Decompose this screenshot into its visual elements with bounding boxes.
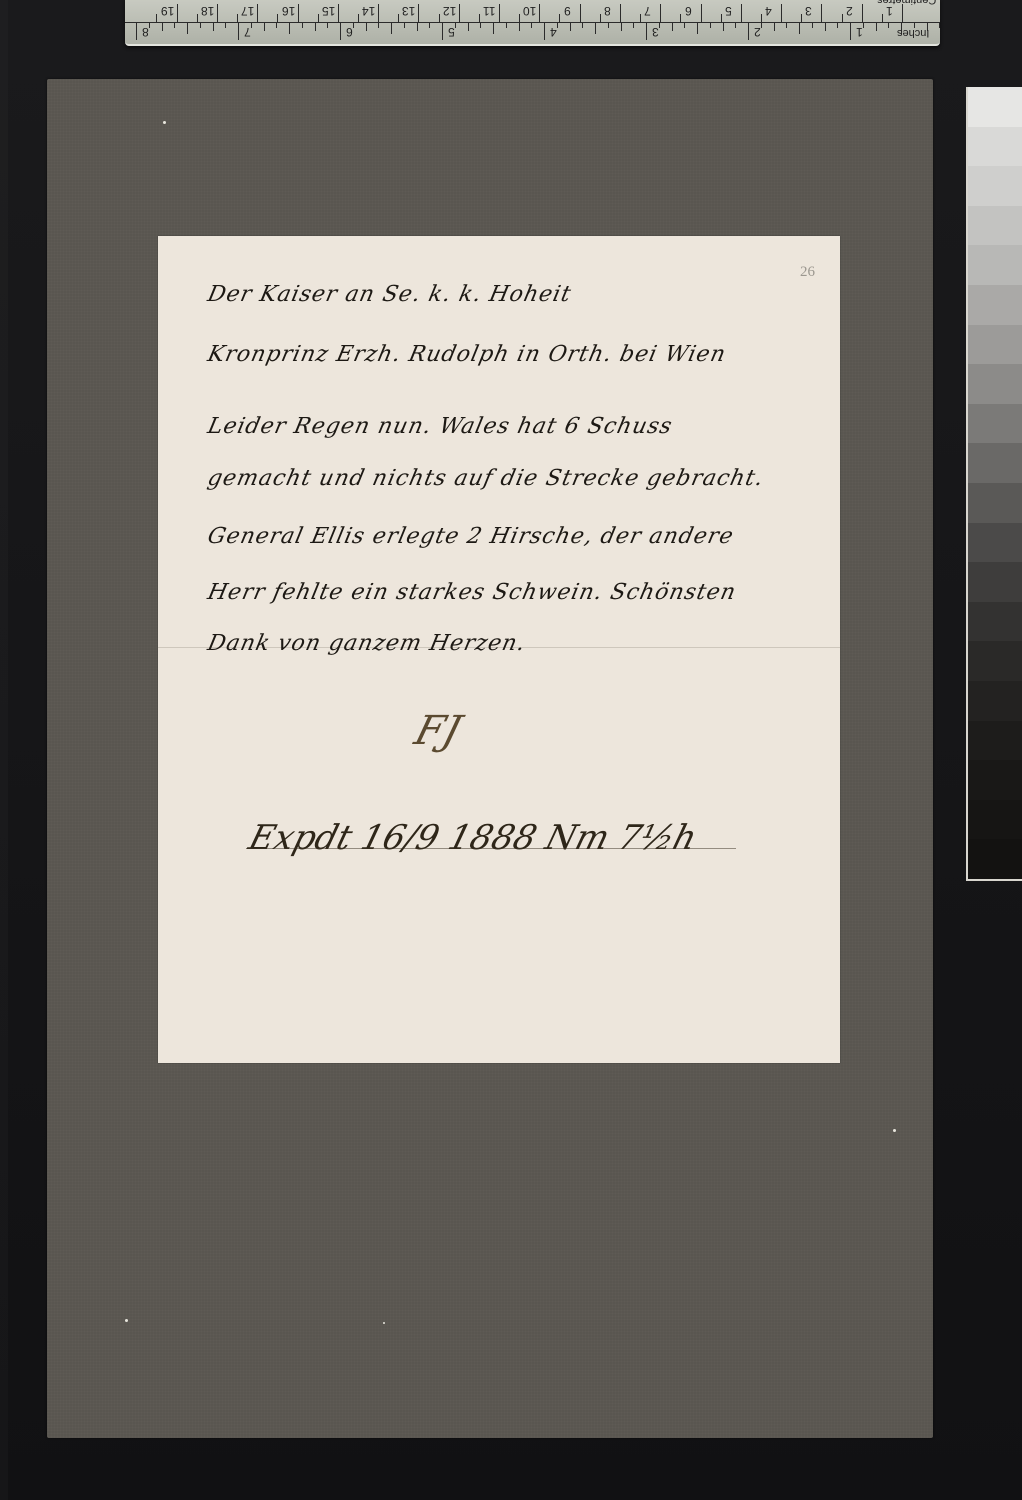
half-cm-tick [640,14,641,22]
grey-step-4 [968,206,1022,246]
inch-subtick [774,22,775,31]
cm-tick [580,4,581,22]
inch-subtick [289,22,290,34]
cm-tick [862,4,863,22]
inch-subtick [735,22,736,28]
cm-tick [459,4,460,22]
inch-subtick [582,22,583,28]
inch-subtick [519,22,520,31]
grey-step-2 [968,127,1022,167]
half-cm-tick [398,14,399,22]
cm-tick [821,4,822,22]
half-cm-tick [882,14,883,22]
grey-step-6 [968,285,1022,325]
dust-speck [163,121,166,124]
inch-subtick [659,22,660,28]
half-cm-tick [842,14,843,22]
inch-subtick [353,22,354,28]
inch-subtick [761,22,762,28]
cm-number: 15 [322,5,335,17]
cm-number: 11 [483,5,495,17]
inch-subtick [480,22,481,28]
inch-subtick [812,22,813,28]
inch-subtick [417,22,418,31]
inch-tick [340,22,341,40]
inch-subtick [200,22,201,28]
inch-subtick [531,22,532,28]
dust-speck [125,1319,128,1322]
half-cm-tick [318,14,319,22]
grey-step-12 [968,523,1022,563]
half-cm-tick [197,14,198,22]
inch-subtick [684,22,685,28]
dust-speck [893,1129,896,1132]
inch-subtick [888,22,889,28]
cm-number: 13 [402,5,415,17]
cm-number: 4 [765,5,772,17]
grey-step-13 [968,562,1022,602]
cm-number: 16 [282,5,295,17]
cm-tick [177,4,178,22]
grey-step-17 [968,721,1022,761]
cm-number: 5 [725,5,732,17]
half-cm-tick [439,14,440,22]
inch-tick [850,22,851,40]
cm-tick [781,4,782,22]
cm-tick [338,4,339,22]
inch-subtick [187,22,188,34]
inch-subtick [455,22,456,28]
inch-subtick [697,22,698,34]
inch-subtick [799,22,800,34]
inch-subtick [621,22,622,31]
folio-number: 26 [800,264,815,281]
inch-subtick [264,22,265,31]
cm-number: 18 [201,5,214,17]
grey-step-5 [968,245,1022,285]
inch-subtick [633,22,634,28]
grey-step-19 [968,800,1022,840]
cm-number: 14 [362,5,375,17]
inch-subtick [939,22,940,28]
dispatch-underline [246,848,736,849]
inch-tick [238,22,239,40]
inch-subtick [570,22,571,31]
inch-subtick [608,22,609,28]
cm-number: 8 [604,5,611,17]
grey-step-3 [968,166,1022,206]
grey-step-10 [968,443,1022,483]
measurement-ruler: 1234567891011121314151617181912345678 Ce… [125,0,940,46]
half-cm-tick [479,14,480,22]
inch-number: 4 [550,26,557,38]
inch-number: 7 [244,26,251,38]
inch-subtick [468,22,469,31]
inch-number: 2 [754,26,761,38]
grey-step-20 [968,839,1022,879]
grey-step-1 [968,87,1022,127]
cm-number: 1 [886,5,893,17]
cm-number: 3 [805,5,812,17]
inch-tick [748,22,749,40]
half-cm-tick [277,14,278,22]
cm-tick [298,4,299,22]
inch-tick [442,22,443,40]
inch-number: 8 [142,26,149,38]
inch-subtick [506,22,507,28]
cm-tick [217,4,218,22]
inch-tick [544,22,545,40]
handwritten-line-6: Herr fehlte ein starkes Schwein. Schönst… [205,580,738,605]
inch-subtick [366,22,367,31]
inch-subtick [378,22,379,28]
cm-number: 9 [564,5,571,17]
inch-subtick [315,22,316,31]
grey-step-8 [968,364,1022,404]
inch-subtick [723,22,724,31]
handwritten-line-7: Dank von ganzem Herzen. [205,631,528,656]
cm-tick [741,4,742,22]
inch-number: 6 [346,26,353,38]
inch-subtick [174,22,175,28]
ruler-midline [125,22,940,23]
cm-number: 19 [161,5,174,17]
half-cm-tick [761,14,762,22]
ruler-inch-label: Inches [897,27,929,39]
cm-tick [902,4,903,22]
inch-number: 1 [856,26,863,38]
half-cm-tick [237,14,238,22]
inch-tick [136,22,137,40]
handwritten-line-5: General Ellis erlegte 2 Hirsche, der and… [205,524,736,549]
inch-subtick [710,22,711,28]
half-cm-tick [519,14,520,22]
grey-step-11 [968,483,1022,523]
cm-tick [378,4,379,22]
imperial-monogram: FJ [410,708,466,754]
cm-number: 12 [443,5,456,17]
ruler-cm-label: Centimetres [877,0,936,6]
grey-step-15 [968,641,1022,681]
inch-subtick [251,22,252,28]
cm-tick [418,4,419,22]
inch-tick [646,22,647,40]
inch-subtick [302,22,303,28]
inch-subtick [837,22,838,28]
cm-tick [701,4,702,22]
grey-scale-card [966,87,1022,881]
cm-tick [257,4,258,22]
inch-subtick [493,22,494,34]
inch-subtick [327,22,328,28]
inch-subtick [825,22,826,31]
inch-subtick [672,22,673,31]
grey-step-7 [968,325,1022,365]
cm-tick [499,4,500,22]
cm-number: 10 [523,5,536,17]
grey-step-16 [968,681,1022,721]
grey-step-18 [968,760,1022,800]
half-cm-tick [600,14,601,22]
inch-subtick [391,22,392,34]
dust-speck [383,1322,385,1324]
grey-step-9 [968,404,1022,444]
inch-subtick [213,22,214,31]
inch-subtick [276,22,277,28]
inch-subtick [786,22,787,28]
cm-number: 2 [846,5,853,17]
inch-number: 3 [652,26,659,38]
handwritten-line-3: Leider Regen nun. Wales hat 6 Schuss [205,414,675,439]
handwritten-line-4: gemacht und nichts auf die Strecke gebra… [205,466,766,491]
grey-step-14 [968,602,1022,642]
cm-tick [660,4,661,22]
inch-subtick [863,22,864,28]
half-cm-tick [721,14,722,22]
inch-subtick [149,22,150,28]
inch-number: 5 [448,26,455,38]
inch-subtick [876,22,877,31]
cm-number: 17 [241,5,254,17]
half-cm-tick [559,14,560,22]
half-cm-tick [680,14,681,22]
inch-subtick [162,22,163,31]
handwritten-line-1: Der Kaiser an Se. k. k. Hoheit [205,282,573,307]
half-cm-tick [156,14,157,22]
cm-number: 7 [644,5,651,17]
half-cm-tick [358,14,359,22]
half-cm-tick [801,14,802,22]
cm-tick [620,4,621,22]
inch-subtick [404,22,405,28]
cm-tick [539,4,540,22]
dispatch-note: Expdt 16/9 1888 Nm 7½h [245,818,701,858]
handwritten-line-2: Kronprinz Erzh. Rudolph in Orth. bei Wie… [205,342,728,367]
inch-subtick [429,22,430,28]
inch-subtick [557,22,558,28]
cm-number: 6 [685,5,692,17]
inch-subtick [225,22,226,28]
inch-subtick [595,22,596,34]
letter-sheet: 26 Der Kaiser an Se. k. k. Hoheit Kronpr… [158,236,840,1063]
